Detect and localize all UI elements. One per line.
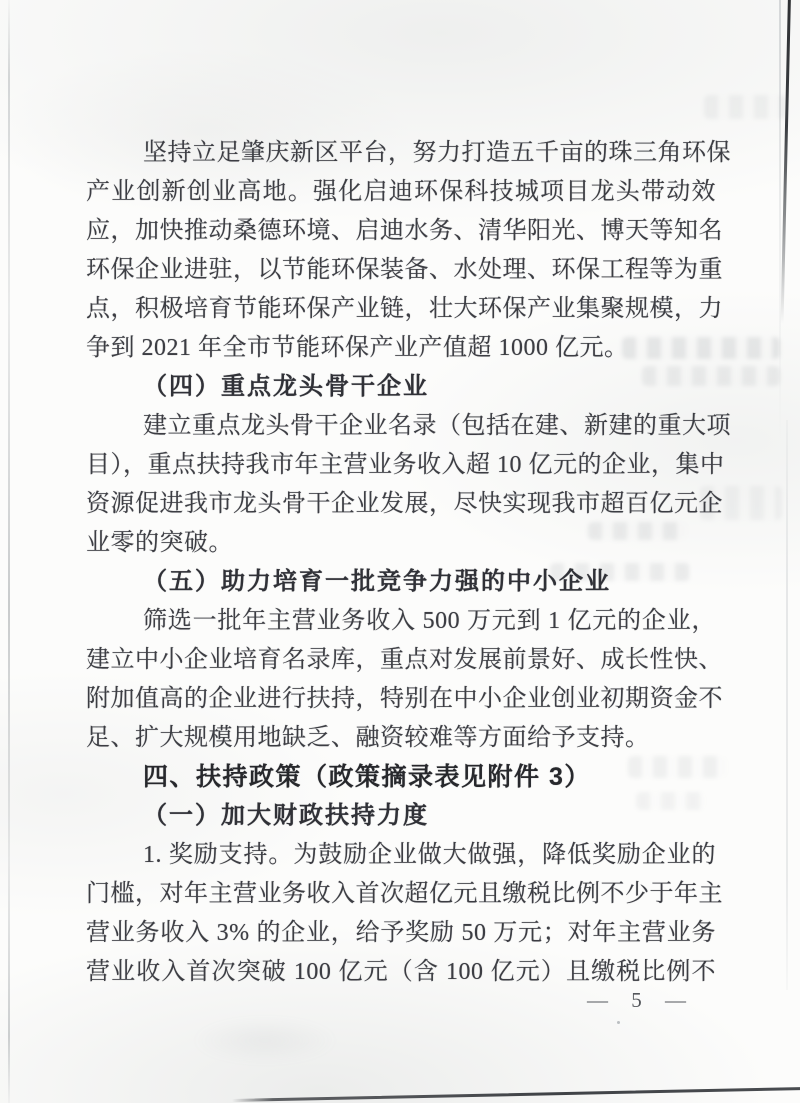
section-heading: （四）重点龙头骨干企业 [86,368,716,407]
text-line: 1. 奖励支持。为鼓励企业做大做强，降低奖励企业的 [86,836,716,875]
text-line: 门槛，对年主营业务收入首次超亿元且缴税比例不少于年主 [86,875,716,914]
text-line: 应，加快推动桑德环境、启迪水务、清华阳光、博天等知名 [86,212,716,251]
page-number: — 5 — [586,988,696,1013]
text-line: 足、扩大规模用地缺乏、融资较难等方面给予支持。 [86,719,716,758]
scan-edge-right-dark [781,0,791,324]
text-line: 建立中小企业培育名录库，重点对发展前景好、成长性快、 [86,641,716,680]
text-line: 筛选一批年主营业务收入 500 万元到 1 亿元的企业， [86,602,716,641]
text-line: 业零的突破。 [86,524,716,563]
scan-crease-left [8,0,10,1103]
text-line: 建立重点龙头骨干企业名录（包括在建、新建的重大项 [86,407,716,446]
scan-margin-line-right [786,420,788,990]
bleedthrough-artifact [190,1018,340,1063]
section-heading: （一）加大财政扶持力度 [86,797,716,836]
section-heading: 四、扶持政策（政策摘录表见附件 3） [86,758,716,797]
text-line: 点，积极培育节能环保产业链，壮大环保产业集聚规模，力 [86,290,716,329]
text-line: 争到 2021 年全市节能环保产业产值超 1000 亿元。 [86,329,716,368]
text-line: 营业收入首次突破 100 亿元（含 100 亿元）且缴税比例不 [86,953,716,992]
scanned-document-page: 坚持立足肇庆新区平台，努力打造五千亩的珠三角环保产业创新创业高地。强化启迪环保科… [0,0,800,1103]
section-heading: （五）助力培育一批竞争力强的中小企业 [86,563,716,602]
text-line: 附加值高的企业进行扶持，特别在中小企业创业初期资金不 [86,680,716,719]
text-line: 资源促进我市龙头骨干企业发展，尽快实现我市超百亿元企 [86,485,716,524]
scan-edge-right-light [779,0,781,440]
scan-edge-bottom [232,1087,800,1102]
text-line: 目），重点扶持我市年主营业务收入超 10 亿元的企业，集中 [86,446,716,485]
bleedthrough-artifact [704,95,786,119]
scan-speck [617,1021,620,1024]
text-line: 营业务收入 3% 的企业，给予奖励 50 万元；对年主营业务 [86,914,716,953]
text-line: 环保企业进驻，以节能环保装备、水处理、环保工程等为重 [86,251,716,290]
text-line: 产业创新创业高地。强化启迪环保科技城项目龙头带动效 [86,173,716,212]
text-line: 坚持立足肇庆新区平台，努力打造五千亩的珠三角环保 [86,134,716,173]
document-body: 坚持立足肇庆新区平台，努力打造五千亩的珠三角环保产业创新创业高地。强化启迪环保科… [86,134,716,992]
